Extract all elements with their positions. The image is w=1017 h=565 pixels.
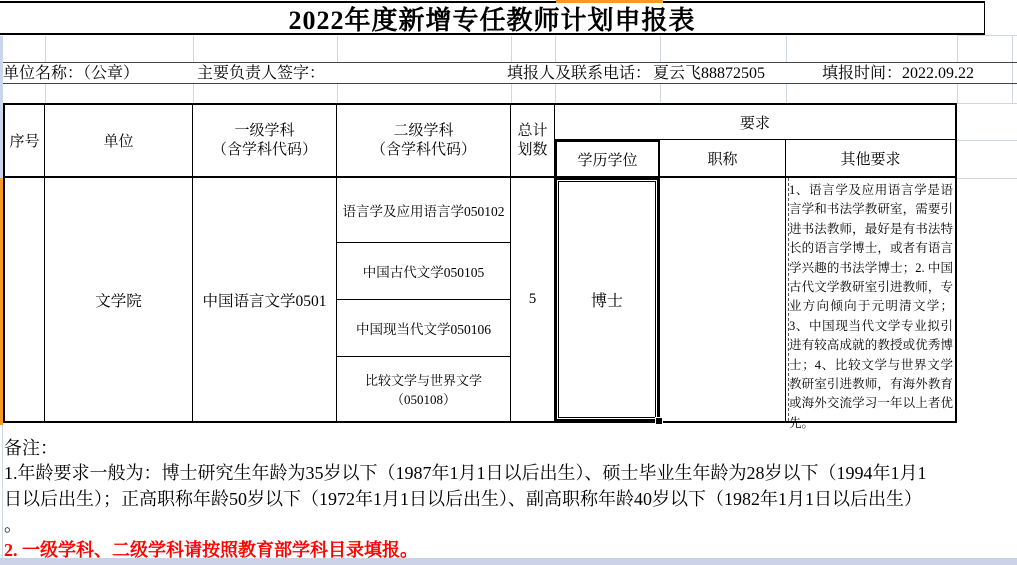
page-break-line <box>788 178 789 421</box>
info-row: 单位名称：（公章） 主要负责人签字： 填报人及联系电话： 夏云飞88872505… <box>0 62 1017 84</box>
gridline <box>193 84 194 103</box>
header-total-plan[interactable]: 总计 划数 <box>511 105 555 178</box>
note1-line3[interactable]: 。 <box>4 513 22 537</box>
gridline <box>45 84 46 103</box>
gridline <box>957 84 958 103</box>
gridline <box>957 35 1017 36</box>
gridline <box>511 84 512 103</box>
header-second-level[interactable]: 二级学科 （含学科代码） <box>337 105 511 178</box>
gridline <box>957 103 1017 104</box>
fill-handle[interactable] <box>655 417 663 425</box>
cell-second-level-4[interactable]: 比较文学与世界文学（050108） <box>337 357 511 421</box>
cell-seq[interactable] <box>5 178 45 421</box>
cell-degree-selected[interactable]: 博士 <box>555 178 660 421</box>
gridline <box>555 36 556 62</box>
header-unit[interactable]: 单位 <box>45 105 193 178</box>
form-title: 2022年度新增专任教师计划申报表 <box>288 0 695 37</box>
date-cell[interactable]: 填报时间：2022.09.22 <box>822 64 974 84</box>
gridline <box>337 36 338 62</box>
signer-cell[interactable]: 主要负责人签字： <box>197 64 325 84</box>
contact-label-cell[interactable]: 填报人及联系电话： <box>507 64 651 84</box>
spreadsheet-canvas: 2022年度新增专任教师计划申报表 单位名称：（公章） 主要负责人签字： 填报人… <box>0 0 1017 565</box>
header-prof-title[interactable]: 职称 <box>660 140 786 178</box>
application-table: 序号 单位 一级学科 （含学科代码） 二级学科 （含学科代码） 总计 划数 要求… <box>3 103 957 423</box>
form-title-cell[interactable]: 2022年度新增专任教师计划申报表 <box>0 1 985 35</box>
unit-name-cell[interactable]: 单位名称：（公章） <box>3 64 139 84</box>
notes-label[interactable]: 备注： <box>4 436 58 460</box>
selected-row-indicator <box>0 178 3 425</box>
gridline <box>957 36 958 62</box>
cell-degree-value: 博士 <box>591 288 623 311</box>
gridline <box>957 140 1017 141</box>
bottom-edge-strip <box>0 558 1017 565</box>
gridline <box>2 425 3 558</box>
gridline <box>193 36 194 62</box>
selected-column-indicator <box>556 0 663 3</box>
gridline <box>337 84 338 103</box>
cell-second-level-2[interactable]: 中国古代文学050105 <box>337 243 511 300</box>
note1-line1[interactable]: 1.年龄要求一般为：博士研究生年龄为35岁以下（1987年1月1日以后出生）、硕… <box>4 461 927 485</box>
cell-total-plan[interactable]: 5 <box>511 178 555 421</box>
cell-second-level-3[interactable]: 中国现当代文学050106 <box>337 300 511 357</box>
header-first-level[interactable]: 一级学科 （含学科代码） <box>193 105 337 178</box>
note1-line2[interactable]: 日以后出生）；正高职称年龄50岁以下（1972年1月1日以后出生）、副高职称年龄… <box>4 487 922 511</box>
row-header-edge <box>0 36 3 178</box>
cell-unit[interactable]: 文学院 <box>45 178 193 421</box>
gridline <box>957 178 1017 179</box>
header-other-req[interactable]: 其他要求 <box>786 140 955 178</box>
cell-other-req[interactable]: 1、语言学及应用语言学是语言学和书法学教研室，需要引进书法教师，最好是有书法特长… <box>786 178 955 421</box>
gridline <box>660 36 661 62</box>
gridline <box>660 84 661 103</box>
cell-second-level-1[interactable]: 语言学及应用语言学050102 <box>337 178 511 243</box>
header-seq[interactable]: 序号 <box>5 105 45 178</box>
gridline <box>45 36 46 62</box>
gridline <box>555 84 556 103</box>
contact-value-cell[interactable]: 夏云飞88872505 <box>653 64 765 84</box>
gridline <box>511 36 512 62</box>
gridline <box>786 36 787 62</box>
header-requirement[interactable]: 要求 <box>555 105 955 140</box>
cell-prof-title[interactable] <box>660 178 786 421</box>
gridline <box>786 84 787 103</box>
header-degree[interactable]: 学历学位 <box>555 140 660 178</box>
cell-first-level[interactable]: 中国语言文学0501 <box>193 178 337 421</box>
